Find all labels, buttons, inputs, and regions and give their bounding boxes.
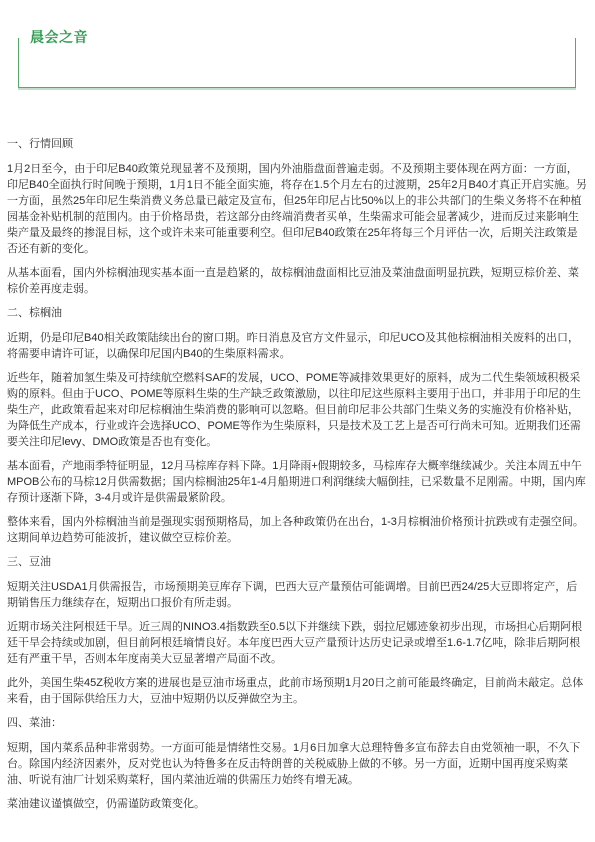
report-header: 晨会之音	[18, 38, 576, 88]
paragraph: 菜油建议谨慎做空，仍需谨防政策变化。	[7, 796, 588, 812]
paragraph: 近期市场关注阿根廷干旱。近三周的NINO3.4指数跌至0.5以下并继续下跌，弱拉…	[7, 619, 588, 667]
paragraph: 此外，美国生柴45Z税收方案的进展也是豆油市场重点，此前市场预期1月20日之前可…	[7, 675, 588, 707]
paragraph: 从基本面看，国内外棕榈油现实基本面一直是趋紧的，故棕榈油盘面相比豆油及菜油盘面明…	[7, 265, 588, 297]
paragraph: 近些年，随着加氢生柴及可持续航空燃料SAF的发展，UCO、POME等减排效果更好…	[7, 370, 588, 450]
paragraph: 近期，仍是印尼B40相关政策陆续出台的窗口期。昨日消息及官方文件显示，印尼UCO…	[7, 330, 588, 362]
section-heading-market-review: 一、行情回顾	[7, 136, 588, 152]
section-heading-palm-oil: 二、棕榈油	[7, 305, 588, 321]
paragraph: 短期，国内菜系品种非常弱势。一方面可能是情绪性交易。1月6日加拿大总理特鲁多宣布…	[7, 740, 588, 788]
paragraph: 1月2日至今，由于印尼B40政策兑现显著不及预期，国内外油脂盘面普遍走弱。不及预…	[7, 161, 588, 257]
paragraph: 基本面看，产地雨季特征明显，12月马棕库存料下降。1月降雨+假期较多，马棕库存大…	[7, 458, 588, 506]
report-body: 一、行情回顾 1月2日至今，由于印尼B40政策兑现显著不及预期，国内外油脂盘面普…	[7, 134, 588, 820]
paragraph: 短期关注USDA1月供需报告，市场预期美豆库存下调，巴西大豆产量预估可能调增。目…	[7, 579, 588, 611]
section-heading-rapeseed-oil: 四、菜油：	[7, 715, 588, 731]
section-heading-soybean-oil: 三、豆油	[7, 554, 588, 570]
report-title: 晨会之音	[30, 30, 88, 45]
paragraph: 整体来看，国内外棕榈油当前是强现实弱预期格局，加上各种政策仍在出台，1-3月棕榈…	[7, 514, 588, 546]
